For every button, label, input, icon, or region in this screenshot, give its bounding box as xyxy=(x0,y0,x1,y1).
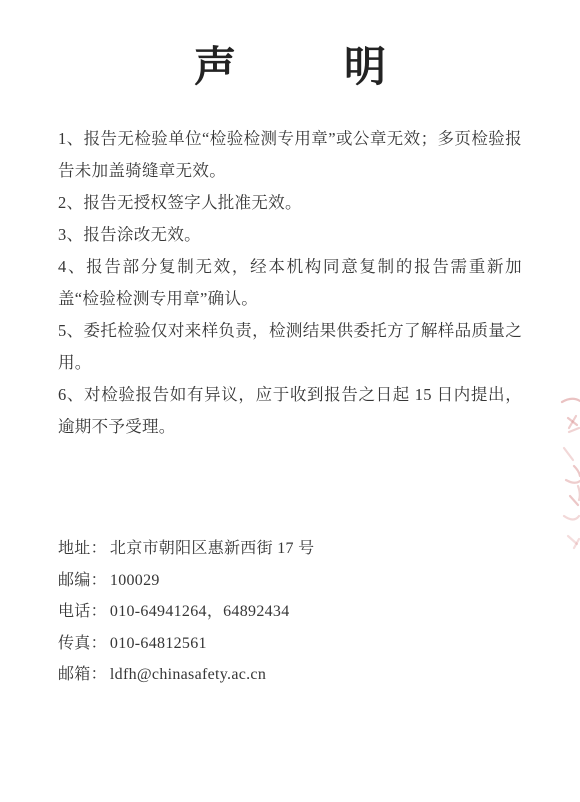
statement-item-3: 3、报告涂改无效。 xyxy=(58,219,522,251)
contact-line-postcode: 邮编：100029 xyxy=(58,565,314,597)
statement-item-4: 4、报告部分复制无效，经本机构同意复制的报告需重新加盖“检验检测专用章”确认。 xyxy=(58,251,522,315)
statement-page: 声 明 1、报告无检验单位“检验检测专用章”或公章无效；多页检验报告未加盖骑缝章… xyxy=(0,0,580,802)
contact-block: 地址：北京市朝阳区惠新西街 17 号 邮编：100029 电话：010-6494… xyxy=(58,533,314,691)
title-char-left: 声 xyxy=(194,44,236,90)
statement-item-2: 2、报告无授权签字人批准无效。 xyxy=(58,187,522,219)
contact-line-phone: 电话：010-64941264，64892434 xyxy=(58,596,314,628)
contact-value-address: 北京市朝阳区惠新西街 17 号 xyxy=(110,540,315,557)
contact-label-email: 邮箱： xyxy=(58,666,107,683)
statement-item-1: 1、报告无检验单位“检验检测专用章”或公章无效；多页检验报告未加盖骑缝章无效。 xyxy=(58,123,522,187)
contact-value-email: ldfh@chinasafety.ac.cn xyxy=(110,666,266,683)
statement-list: 1、报告无检验单位“检验检测专用章”或公章无效；多页检验报告未加盖骑缝章无效。 … xyxy=(58,123,522,443)
contact-label-postcode: 邮编： xyxy=(58,572,107,589)
page-title: 声 明 xyxy=(0,44,580,90)
contact-value-postcode: 100029 xyxy=(110,572,160,589)
contact-label-fax: 传真： xyxy=(58,635,107,652)
contact-value-fax: 010-64812561 xyxy=(110,635,207,652)
contact-line-address: 地址：北京市朝阳区惠新西街 17 号 xyxy=(58,533,314,565)
contact-value-phone: 010-64941264，64892434 xyxy=(110,603,290,620)
contact-label-phone: 电话： xyxy=(58,603,107,620)
statement-item-6: 6、对检验报告如有异议，应于收到报告之日起 15 日内提出，逾期不予受理。 xyxy=(58,379,522,443)
contact-line-email: 邮箱：ldfh@chinasafety.ac.cn xyxy=(58,659,314,691)
red-seal-stamp-fragment-icon xyxy=(554,396,580,566)
title-char-right: 明 xyxy=(344,44,386,90)
contact-line-fax: 传真：010-64812561 xyxy=(58,628,314,660)
statement-item-5: 5、委托检验仅对来样负责，检测结果供委托方了解样品质量之用。 xyxy=(58,315,522,379)
contact-label-address: 地址： xyxy=(58,540,107,557)
